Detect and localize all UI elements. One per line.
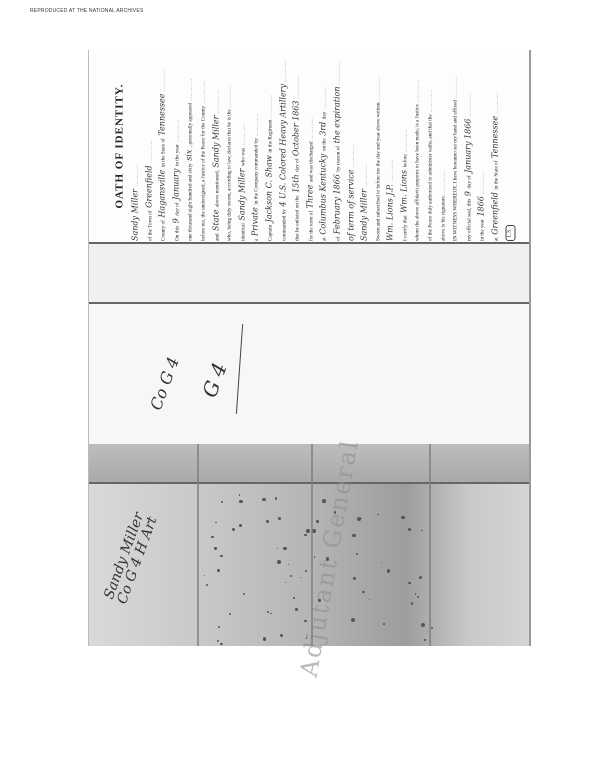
oath-line: and State above mentioned, Sandy Miller … [210, 51, 224, 241]
oath-line: one thousand eight hundred and sixty six… [184, 51, 198, 241]
oath-line: Wm. Lions J.P. .......... [385, 51, 399, 241]
printed-text: Sworn and subscribed to before me the da… [375, 101, 381, 241]
stain-speck [204, 575, 205, 576]
fill-dots: .......... [428, 89, 434, 114]
handwritten-entry: February 1866 [332, 172, 341, 237]
stain-speck [243, 593, 245, 595]
oath-line: Captain Jackson C. Shaw in the Regiment … [263, 51, 277, 241]
handwritten-entry: Sandy Miller [237, 166, 246, 223]
stain-speck [421, 623, 425, 627]
stain-speck [229, 613, 231, 615]
stain-speck [266, 520, 269, 523]
fill-dots: .......... [161, 68, 167, 91]
printed-text: before me, the undersigned, a Justice of… [200, 106, 206, 241]
oath-line: On this 9 day of January in the year ...… [170, 51, 184, 241]
handwritten-entry: Wm. Lions [399, 167, 408, 215]
printed-text: day of [174, 203, 180, 216]
handwritten-entry: 4 U.S. Colored Heavy Artillery [278, 81, 287, 209]
handwritten-entry: Tennessee [491, 113, 500, 160]
printed-text: and was discharged [308, 141, 314, 182]
printed-text: on the [322, 138, 328, 151]
stain-speck [408, 528, 411, 531]
stain-speck [300, 577, 302, 579]
stain-speck [217, 640, 219, 642]
handwritten-entry: Sandy Miller [131, 186, 140, 241]
stain-speck [270, 613, 272, 615]
printed-text: I certify that [402, 215, 408, 241]
handwritten-entry: Greenfield [144, 163, 153, 211]
oath-line: in the year 1866 .......... [476, 51, 490, 241]
stain-speck [304, 534, 306, 536]
stain-speck [421, 530, 422, 531]
oath-line: at Greenfield in the State of Tennessee … [490, 51, 504, 241]
handwritten-entry: January [171, 166, 180, 202]
printed-text: , personally appeared [188, 103, 194, 147]
stain-speck [295, 608, 298, 611]
oath-line: IN WITNESS WHEREOF, I have hereunto set … [450, 51, 463, 241]
stain-speck [419, 576, 422, 579]
crease-line [311, 444, 313, 646]
oath-line: before me, the undersigned, a Justice of… [197, 51, 210, 241]
handwritten-entry: six [185, 147, 194, 163]
fill-dots: .......... [295, 75, 301, 98]
oath-line: that he enlisted on the 15th day of Octo… [291, 51, 305, 241]
handwritten-entry: State [211, 207, 220, 234]
stain-speck [377, 514, 379, 516]
stain-speck [220, 555, 223, 558]
reproduction-notice: REPRODUCED AT THE NATIONAL ARCHIVES [30, 8, 143, 14]
stain-speck [316, 520, 319, 523]
company-annotation: Co G 4 [146, 354, 183, 412]
stain-speck [277, 560, 281, 564]
stain-speck [381, 562, 382, 563]
stain-speck [285, 582, 286, 583]
clerk-line: .......................... Clerk of the … [524, 51, 529, 241]
oath-line: Sandy Miller .......... [130, 51, 144, 241]
fill-dots: .......... [308, 116, 314, 141]
stain-speck [306, 529, 310, 533]
stain-speck [352, 534, 355, 537]
printed-text: in the Company commanded by [254, 138, 260, 204]
oath-line: I certify that Wm. Lions before ........… [398, 51, 412, 241]
seal-box: L.S. [505, 225, 515, 241]
handwritten-entry: January 1866 [463, 116, 472, 175]
printed-text: day of [295, 159, 301, 172]
stain-speck [218, 626, 220, 628]
fold-band [89, 244, 529, 302]
printed-text: above mentioned, [214, 170, 220, 207]
fill-dots: .......... [415, 79, 421, 104]
oath-line: a Private in the Company commanded by ..… [250, 51, 264, 241]
printed-text: at [494, 237, 500, 241]
company-annotation-large: G 4 [197, 359, 232, 400]
printed-text: that he enlisted on the [295, 195, 301, 241]
printed-text: at [322, 237, 328, 241]
printed-text: of the Town of [147, 210, 153, 241]
clerk-dots: .......................... [527, 116, 529, 176]
stain-speck [277, 548, 278, 549]
oath-line: County of Hagansville in the State of Te… [157, 51, 171, 241]
stain-speck [290, 575, 292, 577]
printed-text: in the Regiment [267, 120, 273, 153]
fill-dots: .......... [174, 119, 180, 144]
back-panel: Adjutant General Sandy Miller Co G 4 H A… [89, 484, 529, 646]
oath-line: my official seal, this 9 day of January … [462, 51, 476, 241]
stain-speck [356, 553, 359, 556]
handwritten-entry: Private [251, 205, 260, 239]
stain-speck [263, 637, 266, 640]
seal-row: L.S. [503, 51, 516, 241]
oath-line: of the Town of Greenfield .......... [143, 51, 157, 241]
stain-speck [280, 634, 283, 637]
oath-lines: Sandy Miller ..........of the Town of Gr… [130, 51, 504, 241]
handwritten-entry: Wm. Lions J.P. [386, 182, 395, 241]
stain-speck [353, 577, 356, 580]
fill-dots: .......... [134, 163, 140, 186]
printed-text: identical [240, 223, 246, 241]
stain-speck [293, 597, 295, 599]
handwritten-rule [236, 324, 243, 414]
middle-panel: Co G 4 G 4 [89, 304, 529, 444]
stain-speck [362, 591, 364, 593]
fill-dots: .......... [402, 129, 408, 154]
handwritten-entry: 9 [171, 216, 180, 226]
handwritten-entry: 15th [292, 172, 301, 196]
fill-dots: .......... [335, 61, 341, 84]
handwritten-entry: Columbus Kentucky [319, 151, 328, 237]
printed-text: day [322, 112, 328, 120]
fill-dots: .......... [254, 113, 260, 138]
oath-line: of term of service .......... [345, 51, 359, 241]
handwritten-entry: 9 [463, 189, 472, 199]
stain-speck [306, 637, 307, 638]
stain-speck [334, 511, 336, 513]
fill-dots: .......... [240, 122, 246, 147]
document-page: OATH OF IDENTITY. Sandy Miller .........… [88, 50, 531, 646]
printed-text: IN WITNESS WHEREOF, I have hereunto set … [453, 100, 459, 241]
oath-line: of the Peace duly authorized to administ… [425, 51, 438, 241]
stain-speck [408, 582, 410, 584]
fill-dots: .......... [349, 144, 355, 167]
fill-dots: .......... [227, 84, 233, 109]
handwritten-entry: the expiration [332, 84, 341, 146]
stain-speck [314, 556, 315, 557]
printed-text: in the State of [161, 138, 167, 167]
oath-line: for the term of Three and was discharged… [304, 51, 318, 241]
stain-speck [217, 569, 220, 572]
oath-line: identical Sandy Miller who was .........… [236, 51, 250, 241]
printed-text: for the term of [308, 211, 314, 241]
stain-speck [424, 639, 425, 640]
back-annotation: Sandy Miller Co G 4 H Art [102, 510, 160, 606]
stain-speck [232, 528, 235, 531]
fill-dots: .......... [267, 94, 273, 119]
stain-speck [239, 524, 242, 527]
handwritten-entry: of term of service [346, 167, 355, 241]
printed-text: County of [161, 220, 167, 241]
fill-dots: .......... [453, 75, 459, 100]
stain-speck [206, 584, 208, 586]
printed-text: Captain [267, 225, 273, 241]
fill-dots: .......... [375, 76, 381, 101]
stain-speck [262, 498, 266, 502]
printed-text: On this [174, 226, 180, 241]
fill-dots: .......... [389, 159, 395, 182]
printed-text: in the State of [494, 161, 500, 190]
dark-fold-band [89, 444, 529, 484]
printed-text: whom the above affidavit purports to hav… [415, 104, 421, 241]
stain-speck [411, 602, 413, 604]
oath-title: OATH OF IDENTITY. [112, 51, 128, 241]
fill-dots: .......... [214, 90, 220, 113]
fill-dots: .......... [440, 170, 446, 195]
crease-line [197, 444, 199, 646]
stain-speck [305, 570, 307, 572]
handwritten-entry: Hagansville [158, 167, 167, 220]
printed-text: by reason of [335, 146, 341, 172]
stain-speck [283, 547, 286, 550]
printed-text: in the year [480, 219, 486, 241]
printed-text: above is his signature. [440, 195, 446, 241]
stain-speck [357, 517, 361, 521]
stain-speck [215, 522, 216, 523]
stain-speck [239, 494, 240, 495]
printed-text: commanded by [281, 209, 287, 241]
stain-speck [417, 596, 419, 598]
printed-text: of [335, 237, 341, 241]
stain-speck [431, 627, 433, 629]
handwritten-entry: October 1863 [292, 98, 301, 159]
printed-text: who was [240, 148, 246, 166]
fill-dots: .......... [281, 58, 287, 81]
fill-dots: .......... [466, 93, 472, 116]
handwritten-entry: Sandy Miller [211, 113, 220, 170]
stain-speck [387, 569, 390, 572]
stain-speck [318, 599, 320, 601]
stain-speck [383, 623, 385, 625]
stain-speck [211, 536, 213, 538]
printed-text: before [402, 154, 408, 167]
handwritten-entry: Tennessee [158, 91, 167, 138]
stain-speck [304, 620, 306, 622]
oath-text-block: OATH OF IDENTITY. Sandy Miller .........… [112, 51, 507, 241]
stain-speck [220, 643, 222, 645]
stain-speck [214, 547, 216, 549]
handwritten-entry: Greenfield [491, 190, 500, 238]
handwritten-entry: Jackson C. Shaw [264, 153, 273, 225]
fill-dots: .......... [200, 81, 206, 106]
oath-line: whom the above affidavit purports to hav… [412, 51, 425, 241]
oath-panel: OATH OF IDENTITY. Sandy Miller .........… [89, 50, 529, 242]
fill-dots: .......... [188, 78, 194, 103]
stain-speck [221, 501, 223, 503]
printed-text: and [214, 234, 220, 242]
oath-line: who, being duly sworn, according to law,… [224, 51, 237, 241]
oath-line: Sandy Miller .......... [359, 51, 373, 241]
stain-speck [278, 517, 281, 520]
printed-text: one thousand eight hundred and sixty [188, 163, 194, 241]
stain-speck [415, 593, 416, 594]
stain-speck [401, 516, 404, 519]
printed-text: a [254, 239, 260, 241]
printed-text: who, being duly sworn, according to law,… [227, 109, 233, 241]
fill-dots: .......... [322, 86, 328, 111]
oath-line: commanded by 4 U.S. Colored Heavy Artill… [277, 51, 291, 241]
handwritten-entry: Sandy Miller [360, 186, 369, 241]
oath-line: Sworn and subscribed to before me the da… [372, 51, 385, 241]
oath-line: at Columbus Kentucky on the 3rd day ....… [318, 51, 332, 241]
fill-dots: .......... [363, 163, 369, 186]
printed-text: of the Peace duly authorized to administ… [428, 114, 434, 241]
fill-dots: .......... [147, 140, 153, 163]
handwritten-entry: 1866 [477, 194, 486, 219]
stain-speck [275, 497, 278, 500]
printed-text: my official seal, this [466, 199, 472, 241]
handwritten-entry: 3rd [319, 119, 328, 138]
oath-line: above is his signature. .......... [437, 51, 450, 241]
handwritten-entry: Three [305, 182, 314, 211]
stain-speck [369, 599, 370, 600]
fill-dots: .......... [480, 171, 486, 194]
stain-speck [239, 500, 242, 503]
oath-line: of February 1866 by reason of the expira… [331, 51, 345, 241]
fill-dots: .......... [494, 90, 500, 113]
stain-speck [288, 564, 289, 565]
printed-text: in the year [174, 144, 180, 166]
stain-speck [351, 618, 355, 622]
printed-text: day of [466, 175, 472, 188]
crease-line [429, 444, 431, 646]
